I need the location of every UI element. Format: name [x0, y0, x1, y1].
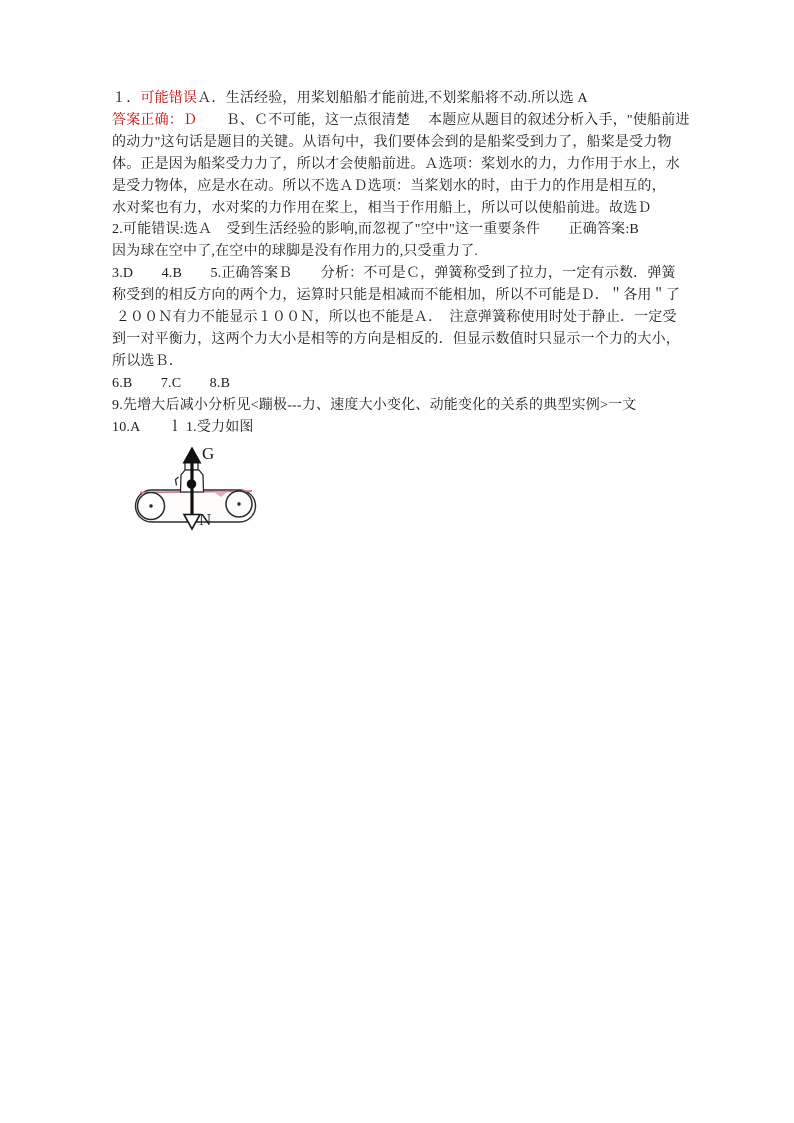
- right-roller-axle: [237, 502, 240, 505]
- body-text: 2.可能错误:选Ａ 受到生活经验的影响,而忽视了"空中"这一重要条件 正确答案:…: [112, 222, 639, 237]
- gravity-label: G: [202, 444, 214, 464]
- body-text: 称受到的相反方向的两个力，运算时只能是相减而不能相加，所以不可能是Ｄ．＂各用＂了: [112, 288, 680, 303]
- answer-text-block: １．可能错误Ａ．生活经验，用桨划船船才能前进,不划桨船将不动.所以选 A答案正确…: [112, 88, 696, 439]
- text-line: １．可能错误Ａ．生活经验，用桨划船船才能前进,不划桨船将不动.所以选 A: [112, 88, 696, 110]
- body-text: 的动力"这句话是题目的关键。从语句中，我们要体会到的是船桨受到力了，船桨是受力物: [112, 135, 672, 150]
- body-text: 水对桨也有力，水对桨的力作用在桨上，相当于作用船上，所以可以使船前进。故选Ｄ: [112, 201, 652, 216]
- text-line: 3.D 4.B 5.正确答案Ｂ 分析：不可是Ｃ，弹簧称受到了拉力，一定有示数．弹…: [112, 263, 696, 285]
- text-line: 体。正是因为船桨受力力了，所以才会使船前进。Ａ选项：桨划水的力，力作用于水上，水: [112, 154, 696, 176]
- text-line: 9.先增大后减小分析见<蹦极---力、速度大小变化、动能变化的关系的典型实例>一…: [112, 395, 696, 417]
- body-text: 6.B 7.C 8.B: [112, 376, 230, 391]
- text-line: 到一对平衡力，这两个力大小是相等的方向是相反的．但显示数值时只显示一个力的大小，: [112, 329, 696, 351]
- document-page: １．可能错误Ａ．生活经验，用桨划船船才能前进,不划桨船将不动.所以选 A答案正确…: [0, 0, 794, 1123]
- body-text: Ａ．生活经验，用桨划船船才能前进,不划桨船将不动.所以选 A: [197, 91, 588, 106]
- up-arrowhead: [183, 447, 202, 464]
- body-text: 10.A ｌ 1.受力如图: [112, 420, 254, 435]
- body-text: 到一对平衡力，这两个力大小是相等的方向是相反的．但显示数值时只显示一个力的大小，: [112, 332, 680, 347]
- text-line: ２００Ｎ有力不能显示１００Ｎ，所以也不能是Ａ． 注意弹簧称使用时处于静止．一定受: [112, 307, 696, 329]
- body-text: 因为球在空中了,在空中的球脚是没有作用力的,只受重力了.: [112, 244, 478, 259]
- body-text: 是受力物体，应是水在动。所以不选ＡＤ选项：当桨划水的时，由于力的作用是相互的，: [112, 179, 666, 194]
- highlight-red-text: 答案正确：Ｄ: [112, 113, 197, 128]
- body-text: 体。正是因为船桨受力力了，所以才会使船前进。Ａ选项：桨划水的力，力作用于水上，水: [112, 157, 680, 172]
- body-text: 9.先增大后减小分析见<蹦极---力、速度大小变化、动能变化的关系的典型实例>一…: [112, 398, 636, 413]
- text-line: 2.可能错误:选Ａ 受到生活经验的影响,而忽视了"空中"这一重要条件 正确答案:…: [112, 219, 696, 241]
- body-text: １．: [112, 91, 140, 106]
- left-roller-axle: [149, 504, 152, 507]
- text-line: 所以选Ｂ．: [112, 351, 696, 373]
- normal-force-label: N: [199, 510, 211, 530]
- text-line: 水对桨也有力，水对桨的力作用在桨上，相当于作用船上，所以可以使船前进。故选Ｄ: [112, 198, 696, 220]
- highlight-red-text: 可能错误: [140, 91, 197, 106]
- body-text: 3.D 4.B 5.正确答案Ｂ 分析：不可是Ｃ，弹簧称受到了拉力，一定有示数．弹…: [112, 266, 676, 281]
- text-line: 6.B 7.C 8.B: [112, 373, 696, 395]
- text-line: 的动力"这句话是题目的关键。从语句中，我们要体会到的是船桨受到力了，船桨是受力物: [112, 132, 696, 154]
- bottle-handle-mark: [176, 477, 179, 486]
- text-line: 是受力物体，应是水在动。所以不选ＡＤ选项：当桨划水的时，由于力的作用是相互的，: [112, 176, 696, 198]
- body-text: Ｂ、Ｃ不可能，这一点很清楚 本题应从题目的叙述分析入手，"使船前进: [197, 113, 689, 128]
- force-diagram-figure: G N: [133, 444, 265, 542]
- text-line: 称受到的相反方向的两个力，运算时只能是相减而不能相加，所以不可能是Ｄ．＂各用＂了: [112, 285, 696, 307]
- text-line: 答案正确：Ｄ Ｂ、Ｃ不可能，这一点很清楚 本题应从题目的叙述分析入手，"使船前进: [112, 110, 696, 132]
- text-line: 因为球在空中了,在空中的球脚是没有作用力的,只受重力了.: [112, 241, 696, 263]
- body-text: 所以选Ｂ．: [112, 354, 183, 369]
- body-text: ２００Ｎ有力不能显示１００Ｎ，所以也不能是Ａ． 注意弹簧称使用时处于静止．一定受: [112, 310, 677, 325]
- text-line: 10.A ｌ 1.受力如图: [112, 417, 696, 439]
